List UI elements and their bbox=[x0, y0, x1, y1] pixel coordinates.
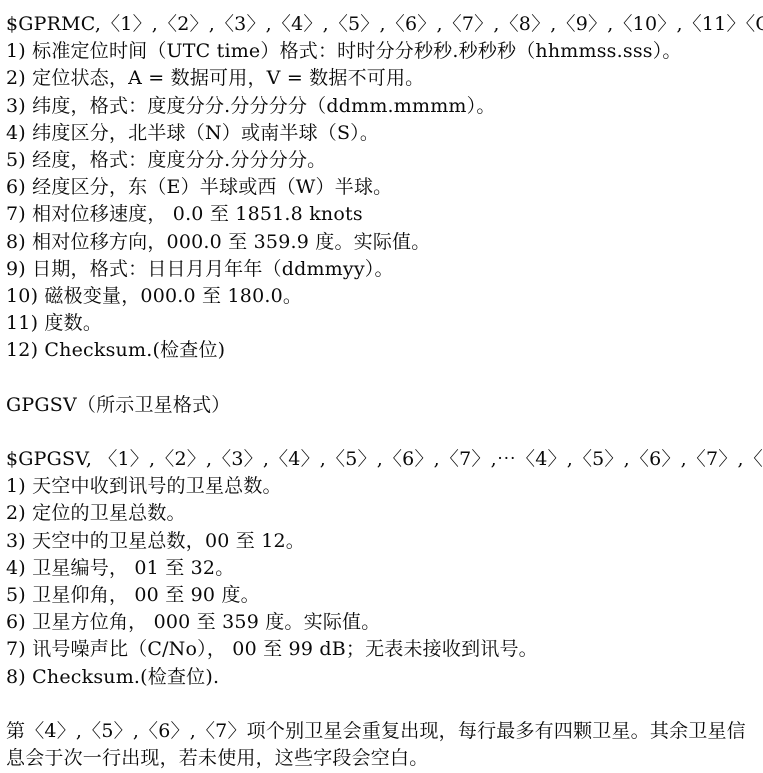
gprmc-field-10: 10) 磁极变量，000.0 至 180.0。 bbox=[6, 283, 761, 310]
gprmc-field-5: 5) 经度，格式：度度分分.分分分分。 bbox=[6, 147, 761, 174]
gprmc-field-8: 8) 相对位移方向，000.0 至 359.9 度。实际值。 bbox=[6, 229, 761, 256]
gprmc-field-4: 4) 纬度区分，北半球（N）或南半球（S）。 bbox=[6, 120, 761, 147]
gpgsv-field-3: 3) 天空中的卫星总数，00 至 12。 bbox=[6, 528, 761, 555]
gprmc-field-7: 7) 相对位移速度， 0.0 至 1851.8 knots bbox=[6, 201, 761, 228]
spacer bbox=[6, 691, 761, 718]
footnote-paragraph: 第〈4〉,〈5〉,〈6〉,〈7〉项个别卫星会重复出现，每行最多有四颗卫星。其余卫… bbox=[6, 718, 761, 772]
gprmc-field-1: 1) 标准定位时间（UTC time）格式：时时分分秒秒.秒秒秒（hhmmss.… bbox=[6, 38, 761, 65]
gprmc-field-2: 2) 定位状态，A = 数据可用，V = 数据不可用。 bbox=[6, 65, 761, 92]
gpgsv-field-8: 8) Checksum.(检查位). bbox=[6, 664, 761, 691]
gpgsv-field-5: 5) 卫星仰角， 00 至 90 度。 bbox=[6, 582, 761, 609]
gpgsv-field-4: 4) 卫星编号， 01 至 32。 bbox=[6, 555, 761, 582]
spacer bbox=[6, 419, 761, 446]
gpgsv-field-6: 6) 卫星方位角， 000 至 359 度。实际值。 bbox=[6, 609, 761, 636]
gpgsv-syntax-line: $GPGSV, 〈1〉,〈2〉,〈3〉,〈4〉,〈5〉,〈6〉,〈7〉,⋯〈4〉… bbox=[6, 446, 761, 473]
gprmc-field-12: 12) Checksum.(检查位) bbox=[6, 337, 761, 364]
gprmc-syntax-line: $GPRMC,〈1〉,〈2〉,〈3〉,〈4〉,〈5〉,〈6〉,〈7〉,〈8〉,〈… bbox=[6, 11, 761, 38]
gprmc-field-6: 6) 经度区分，东（E）半球或西（W）半球。 bbox=[6, 174, 761, 201]
gpgsv-section-heading: GPGSV（所示卫星格式） bbox=[6, 392, 761, 419]
gpgsv-field-2: 2) 定位的卫星总数。 bbox=[6, 500, 761, 527]
document-page: $GPRMC,〈1〉,〈2〉,〈3〉,〈4〉,〈5〉,〈6〉,〈7〉,〈8〉,〈… bbox=[0, 0, 763, 773]
gpgsv-field-7: 7) 讯号噪声比（C/No）， 00 至 99 dB；无表未接收到讯号。 bbox=[6, 636, 761, 663]
gprmc-field-9: 9) 日期，格式：日日月月年年（ddmmyy）。 bbox=[6, 256, 761, 283]
gpgsv-field-1: 1) 天空中收到讯号的卫星总数。 bbox=[6, 473, 761, 500]
gprmc-field-11: 11) 度数。 bbox=[6, 310, 761, 337]
spacer bbox=[6, 364, 761, 391]
gprmc-field-3: 3) 纬度，格式：度度分分.分分分分（ddmm.mmmm）。 bbox=[6, 93, 761, 120]
